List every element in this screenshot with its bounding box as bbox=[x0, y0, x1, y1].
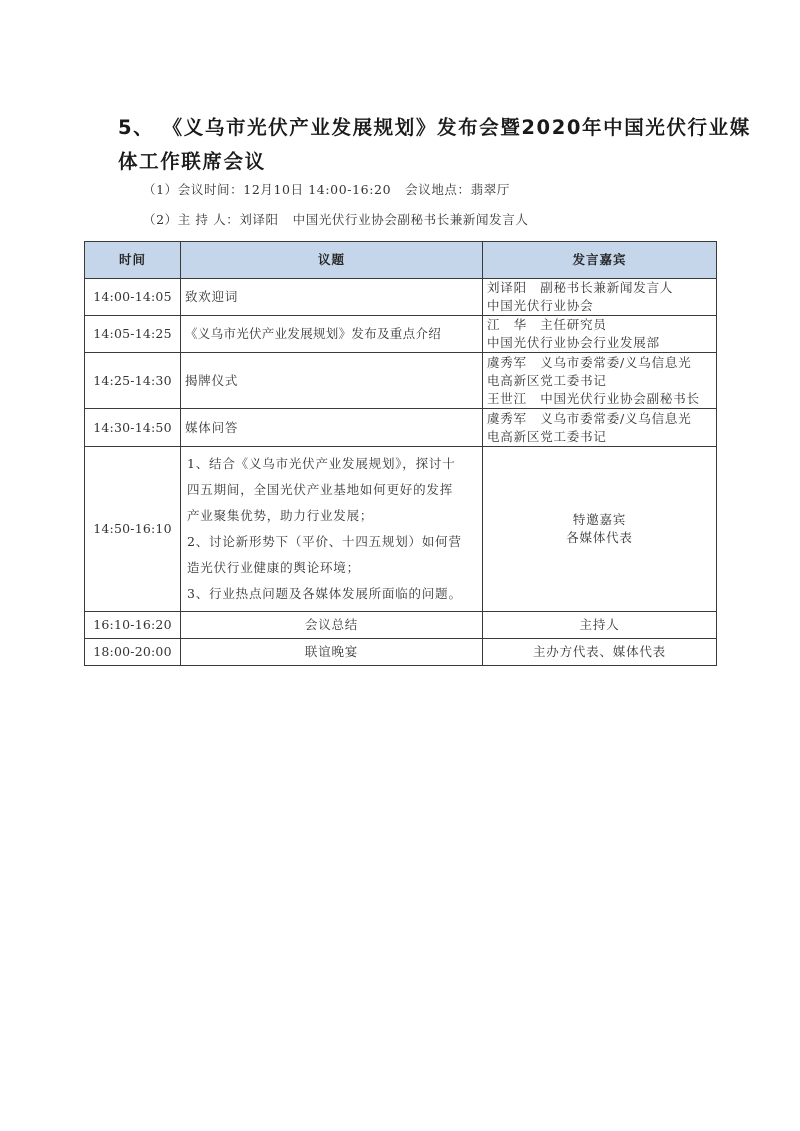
table-row: 14:05-14:25 《义乌市光伏产业发展规划》发布及重点介绍 江 华 主任研… bbox=[85, 316, 717, 353]
host-label: （2）主 持 人： bbox=[143, 212, 239, 227]
section-number: 5、 bbox=[118, 116, 154, 139]
header-speakers: 发言嘉宾 bbox=[483, 242, 717, 279]
topic-line: 1、结合《义乌市光伏产业发展规划》，探讨十 bbox=[187, 451, 476, 477]
speaker-line: 主持人 bbox=[487, 616, 712, 634]
speaker-line: 中国光伏行业协会 bbox=[487, 297, 712, 315]
row-speakers: 特邀嘉宾 各媒体代表 bbox=[483, 447, 717, 612]
agenda-table: 时间 议题 发言嘉宾 14:00-14:05 致欢迎词 刘译阳 副秘书长兼新闻发… bbox=[84, 241, 717, 666]
speaker-line: 王世江 中国光伏行业协会副秘书长 bbox=[487, 390, 712, 408]
row-speakers: 虞秀军 义乌市委常委/义乌信息光 电高新区党工委书记 bbox=[483, 409, 717, 447]
row-time: 14:25-14:30 bbox=[85, 353, 181, 409]
topic-line: 四五期间，全国光伏产业基地如何更好的发挥 bbox=[187, 477, 476, 503]
meeting-time-value: 12月10日 14:00-16:20 bbox=[243, 182, 391, 197]
table-row: 14:00-14:05 致欢迎词 刘译阳 副秘书长兼新闻发言人 中国光伏行业协会 bbox=[85, 279, 717, 316]
host-title: 中国光伏行业协会副秘书长兼新闻发言人 bbox=[293, 212, 529, 227]
row-time: 14:50-16:10 bbox=[85, 447, 181, 612]
row-speakers: 刘译阳 副秘书长兼新闻发言人 中国光伏行业协会 bbox=[483, 279, 717, 316]
host-name: 刘译阳 bbox=[239, 212, 278, 227]
speaker-line: 刘译阳 副秘书长兼新闻发言人 bbox=[487, 279, 712, 297]
table-row: 14:25-14:30 揭牌仪式 虞秀军 义乌市委常委/义乌信息光 电高新区党工… bbox=[85, 353, 717, 409]
row-topic: 媒体问答 bbox=[181, 409, 483, 447]
meeting-place-value: 翡翠厅 bbox=[471, 182, 510, 197]
topic-line: 造光伏行业健康的舆论环境； bbox=[187, 555, 476, 581]
table-row: 18:00-20:00 联谊晚宴 主办方代表、媒体代表 bbox=[85, 639, 717, 666]
topic-line: 产业聚集优势，助力行业发展； bbox=[187, 503, 476, 529]
table-header-row: 时间 议题 发言嘉宾 bbox=[85, 242, 717, 279]
table-row: 14:30-14:50 媒体问答 虞秀军 义乌市委常委/义乌信息光 电高新区党工… bbox=[85, 409, 717, 447]
row-speakers: 虞秀军 义乌市委常委/义乌信息光 电高新区党工委书记 王世江 中国光伏行业协会副… bbox=[483, 353, 717, 409]
speaker-line: 江 华 主任研究员 bbox=[487, 316, 712, 334]
row-time: 14:30-14:50 bbox=[85, 409, 181, 447]
table-row: 16:10-16:20 会议总结 主持人 bbox=[85, 612, 717, 639]
section-title-text: 《义乌市光伏产业发展规划》发布会暨2020年中国光伏行业媒 bbox=[163, 116, 751, 139]
row-topic: 1、结合《义乌市光伏产业发展规划》，探讨十 四五期间，全国光伏产业基地如何更好的… bbox=[181, 447, 483, 612]
section-title-line-2: 体工作联席会议 bbox=[118, 146, 266, 174]
row-speakers: 江 华 主任研究员 中国光伏行业协会行业发展部 bbox=[483, 316, 717, 353]
topic-line: 2、讨论新形势下（平价、十四五规划）如何营 bbox=[187, 529, 476, 555]
speaker-line: 中国光伏行业协会行业发展部 bbox=[487, 334, 712, 352]
row-topic: 会议总结 bbox=[181, 612, 483, 639]
row-speakers: 主办方代表、媒体代表 bbox=[483, 639, 717, 666]
speaker-line: 主办方代表、媒体代表 bbox=[487, 643, 712, 661]
row-time: 14:00-14:05 bbox=[85, 279, 181, 316]
speaker-line: 各媒体代表 bbox=[487, 529, 712, 547]
speaker-line: 电高新区党工委书记 bbox=[487, 372, 712, 390]
section-title-line-1: 5、 《义乌市光伏产业发展规划》发布会暨2020年中国光伏行业媒 bbox=[118, 112, 751, 140]
row-time: 18:00-20:00 bbox=[85, 639, 181, 666]
speaker-line: 电高新区党工委书记 bbox=[487, 428, 712, 446]
row-topic: 致欢迎词 bbox=[181, 279, 483, 316]
meeting-place-label: 会议地点： bbox=[405, 182, 471, 197]
row-speakers: 主持人 bbox=[483, 612, 717, 639]
row-time: 14:05-14:25 bbox=[85, 316, 181, 353]
speaker-line: 虞秀军 义乌市委常委/义乌信息光 bbox=[487, 354, 712, 372]
table-row: 14:50-16:10 1、结合《义乌市光伏产业发展规划》，探讨十 四五期间，全… bbox=[85, 447, 717, 612]
meeting-host-line: （2）主 持 人：刘译阳中国光伏行业协会副秘书长兼新闻发言人 bbox=[143, 210, 528, 228]
topic-line: 3、行业热点问题及各媒体发展所面临的问题。 bbox=[187, 581, 476, 607]
header-time: 时间 bbox=[85, 242, 181, 279]
meeting-time-line: （1）会议时间：12月10日 14:00-16:20会议地点：翡翠厅 bbox=[143, 180, 510, 198]
row-time: 16:10-16:20 bbox=[85, 612, 181, 639]
speaker-line: 特邀嘉宾 bbox=[487, 511, 712, 529]
row-topic: 揭牌仪式 bbox=[181, 353, 483, 409]
row-topic: 联谊晚宴 bbox=[181, 639, 483, 666]
speaker-line: 虞秀军 义乌市委常委/义乌信息光 bbox=[487, 410, 712, 428]
meeting-time-label: （1）会议时间： bbox=[143, 182, 243, 197]
row-topic: 《义乌市光伏产业发展规划》发布及重点介绍 bbox=[181, 316, 483, 353]
header-topic: 议题 bbox=[181, 242, 483, 279]
